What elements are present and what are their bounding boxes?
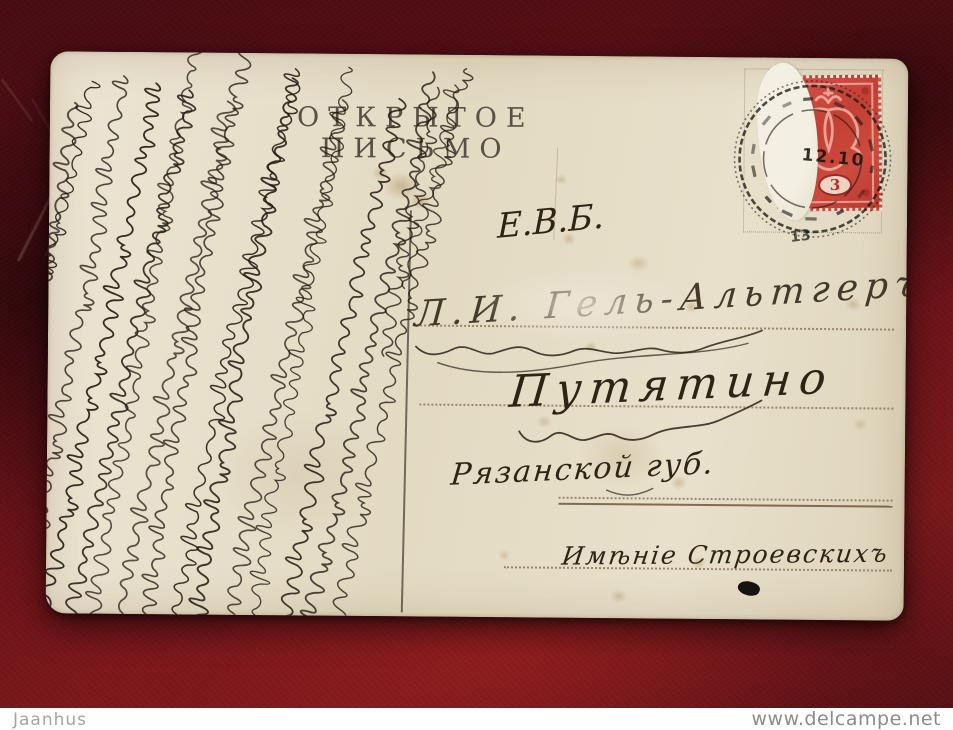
postcard-title: ОТКРЫТОЕ ПИСЬМО [200,102,632,166]
postcard: ОТКРЫТОЕ ПИСЬМО [46,51,909,620]
divider-line [401,210,412,612]
postmark-code: 13 [789,226,812,246]
handwritten-estate: Имѣніе Строевскихъ [560,539,891,571]
ink-blot [736,578,761,598]
leather-scratch [17,196,52,262]
address-line-rule [559,503,893,508]
handwritten-addressee: Л.И. Гель-Альтгеръ [413,263,908,336]
address-line-rule [559,497,893,502]
handwritten-salutation: Е.В.Б. [497,196,604,246]
watermark-jaanhus: Jaanhus [13,710,87,730]
leather-scratch [1,78,33,121]
handwritten-province: Рязанской губ. [449,446,716,493]
watermark-delcampe: www.delcampe.net [751,708,941,730]
photo-of-postcard: ОТКРЫТОЕ ПИСЬМО [0,0,953,730]
